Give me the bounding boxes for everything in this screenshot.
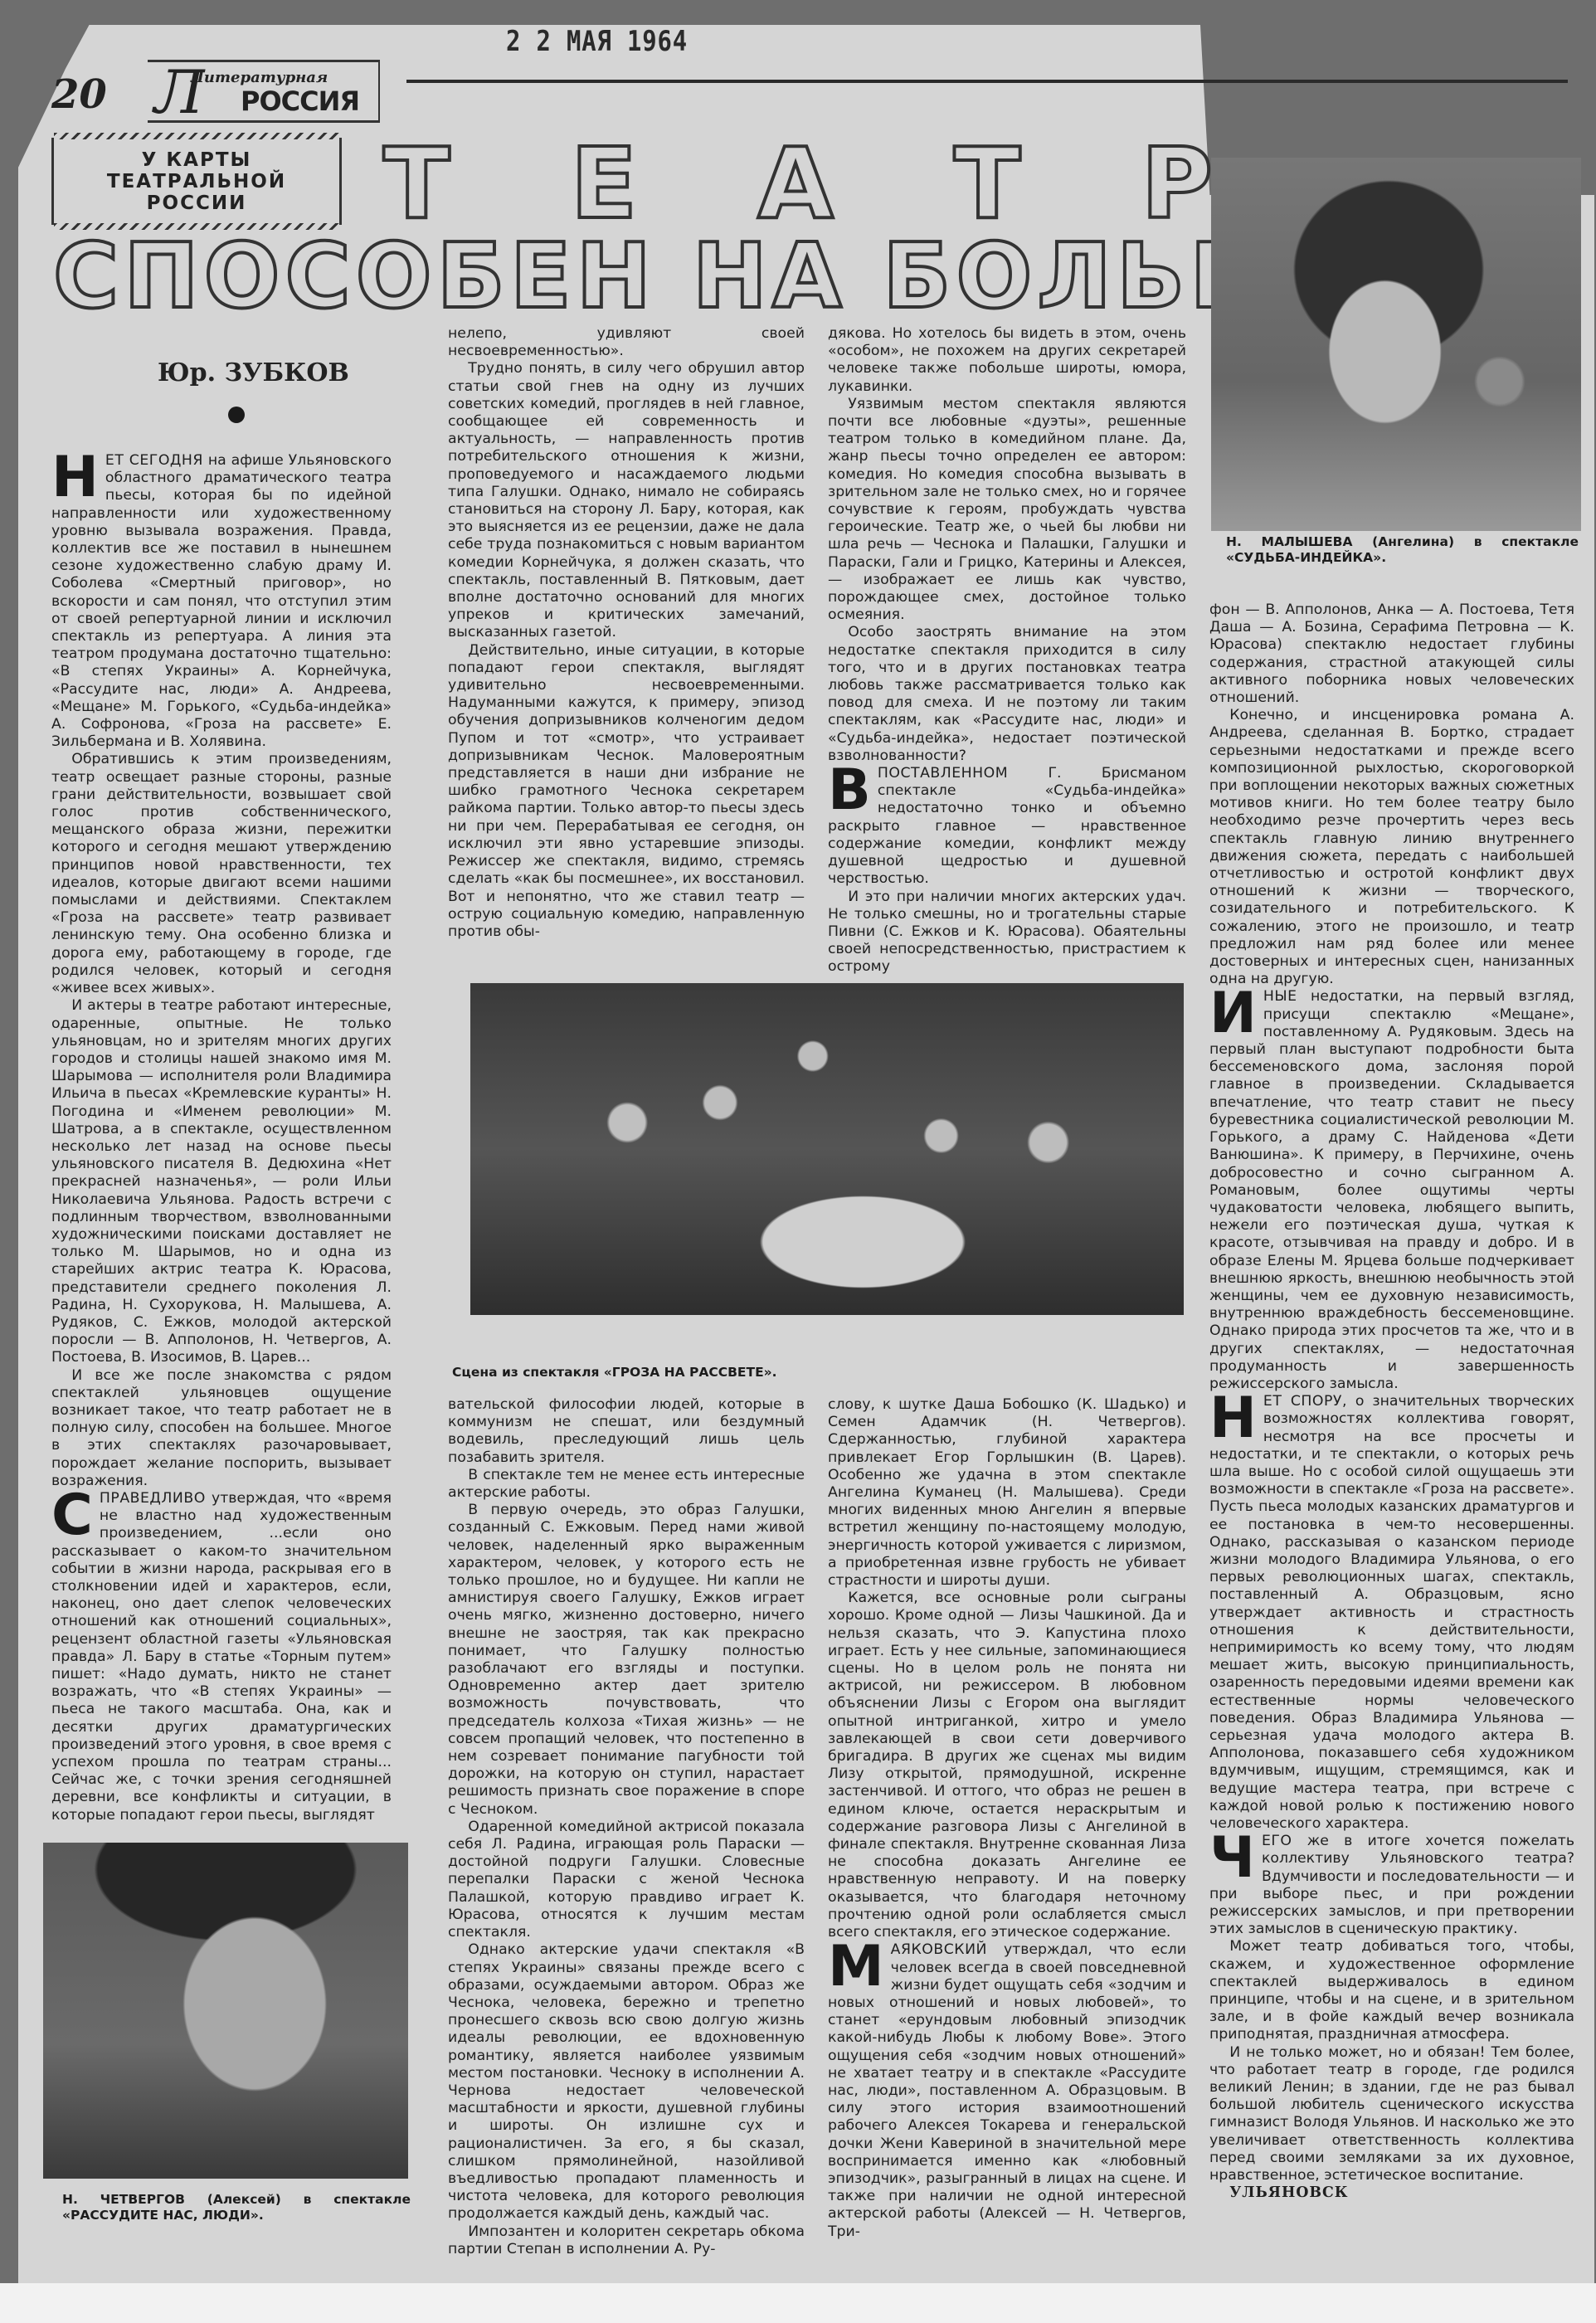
paragraph: И актеры в театре работают интересные, о… bbox=[51, 997, 392, 1366]
photo-chetvergov bbox=[43, 1843, 408, 2179]
drop-cap: Ч bbox=[1209, 1834, 1255, 1882]
paragraph: нелепо, удивляют своей несвоевременность… bbox=[448, 325, 805, 360]
article-column-3-bottom: слову, к шутке Даша Бобошко (К. Шадько) … bbox=[828, 1396, 1186, 2241]
drop-cap: Н bbox=[51, 454, 99, 502]
paragraph: Особо заострять внимание на этом недоста… bbox=[828, 624, 1186, 765]
masthead-script-letter: Л bbox=[154, 57, 204, 127]
paragraph: Обратившись к этим произведениям, театр … bbox=[51, 751, 392, 997]
paragraph: Импозантен и колоритен секретарь обкома … bbox=[448, 2223, 805, 2258]
headline-word-teatr: Т Е А Т Р bbox=[383, 134, 1213, 232]
masthead-line1: Литературная bbox=[191, 69, 328, 86]
dateline: УЛЬЯНОВСК bbox=[1209, 2184, 1574, 2202]
paragraph: слову, к шутке Даша Бобошко (К. Шадько) … bbox=[828, 1396, 1186, 1590]
article-column-2-bottom: вательской философии людей, которые в ко… bbox=[448, 1396, 805, 2258]
photo-malysheva bbox=[1211, 158, 1581, 531]
paragraph: НЕТ СЕГОДНЯ на афише Ульяновского област… bbox=[51, 452, 392, 751]
paragraph: СПРАВЕДЛИВО утверждая, что «время не вла… bbox=[51, 1490, 392, 1824]
paragraph: Конечно, и инсценировка романа А. Андрее… bbox=[1209, 707, 1574, 988]
rubric-line: ТЕАТРАЛЬНОЙ bbox=[54, 171, 339, 192]
headline-letter: А bbox=[757, 134, 833, 232]
photo-caption-malysheva: Н. МАЛЫШЕВА (Ангелина) в спектакле «СУДЬ… bbox=[1226, 534, 1579, 566]
header-rule bbox=[406, 80, 1568, 83]
headline-letter: Т bbox=[954, 134, 1021, 232]
paragraph: НЕТ СПОРУ, о значительных творческих воз… bbox=[1209, 1393, 1574, 1833]
article-column-4: фон — В. Апполонов, Анка — А. Постоева, … bbox=[1209, 601, 1574, 2202]
drop-cap: И bbox=[1209, 990, 1257, 1038]
paragraph: В спектакле тем не менее есть интересные… bbox=[448, 1467, 805, 1502]
headline-letter: Т bbox=[383, 134, 450, 232]
author-byline: Юр. ЗУБКОВ bbox=[158, 358, 349, 387]
drop-cap: С bbox=[51, 1492, 93, 1540]
newspaper-masthead: Л Литературная РОССИЯ bbox=[148, 60, 380, 123]
article-column-2-top: нелепо, удивляют своей несвоевременность… bbox=[448, 325, 805, 941]
photo-scene-groza bbox=[470, 983, 1184, 1315]
rubric-line: У КАРТЫ bbox=[54, 149, 339, 171]
masthead-line2: РОССИЯ bbox=[241, 85, 359, 117]
paragraph: И все же после знакомства с рядом спекта… bbox=[51, 1367, 392, 1490]
drop-cap: М bbox=[828, 1943, 884, 1991]
paragraph: Действительно, иные ситуации, в которые … bbox=[448, 642, 805, 941]
photo-caption-chetvergov: Н. ЧЕТВЕРГОВ (Алексей) в спектакле «РАСС… bbox=[62, 2192, 411, 2223]
paragraph: Может театр добиваться того, чтобы, скаж… bbox=[1209, 1938, 1574, 2043]
paragraph: И это при наличии многих актерских удач.… bbox=[828, 889, 1186, 976]
paragraph: В первую очередь, это образ Галушки, соз… bbox=[448, 1502, 805, 1819]
paragraph: И не только может, но и обязан! Тем боле… bbox=[1209, 2044, 1574, 2185]
headline-letter: Р bbox=[1141, 134, 1213, 232]
article-column-1: НЕТ СЕГОДНЯ на афише Ульяновского област… bbox=[51, 452, 392, 1824]
date-stamp: 2 2 МАЯ 1964 bbox=[506, 25, 688, 58]
paragraph: Однако актерские удачи спектакля «В степ… bbox=[448, 1941, 805, 2223]
page-margin bbox=[0, 2283, 1596, 2323]
bullet-ornament bbox=[228, 407, 245, 423]
rubric-line: РОССИИ bbox=[54, 192, 339, 214]
photo-caption-scene: Сцена из спектакля «ГРОЗА НА РАССВЕТЕ». bbox=[452, 1365, 950, 1381]
paragraph: Одаренной комедийной актрисой показала с… bbox=[448, 1819, 805, 1941]
paragraph: ЧЕГО же в итоге хочется пожелать коллект… bbox=[1209, 1833, 1574, 1938]
headline-letter: Е bbox=[571, 134, 638, 232]
paragraph: вательской философии людей, которые в ко… bbox=[448, 1396, 805, 1467]
section-rubric: У КАРТЫ ТЕАТРАЛЬНОЙ РОССИИ bbox=[51, 138, 342, 225]
page-number: 20 bbox=[51, 71, 107, 118]
drop-cap: В bbox=[828, 767, 871, 815]
paragraph: Трудно понять, в силу чего обрушил автор… bbox=[448, 360, 805, 641]
paragraph: Уязвимым местом спектакля являются почти… bbox=[828, 396, 1186, 625]
paragraph: фон — В. Апполонов, Анка — А. Постоева, … bbox=[1209, 601, 1574, 707]
drop-cap: Н bbox=[1209, 1395, 1257, 1443]
paragraph: ВПОСТАВЛЕННОМ Г. Брисманом спектакле «Су… bbox=[828, 765, 1186, 888]
paragraph: ИНЫЕ недостатки, на первый взгляд, прису… bbox=[1209, 988, 1574, 1393]
paragraph: Кажется, все основные роли сыграны хорош… bbox=[828, 1590, 1186, 1941]
paragraph: МАЯКОВСКИЙ утверждал, что если человек в… bbox=[828, 1941, 1186, 2240]
article-column-3-top: дякова. Но хотелось бы видеть в этом, оч… bbox=[828, 325, 1186, 976]
paragraph: дякова. Но хотелось бы видеть в этом, оч… bbox=[828, 325, 1186, 396]
